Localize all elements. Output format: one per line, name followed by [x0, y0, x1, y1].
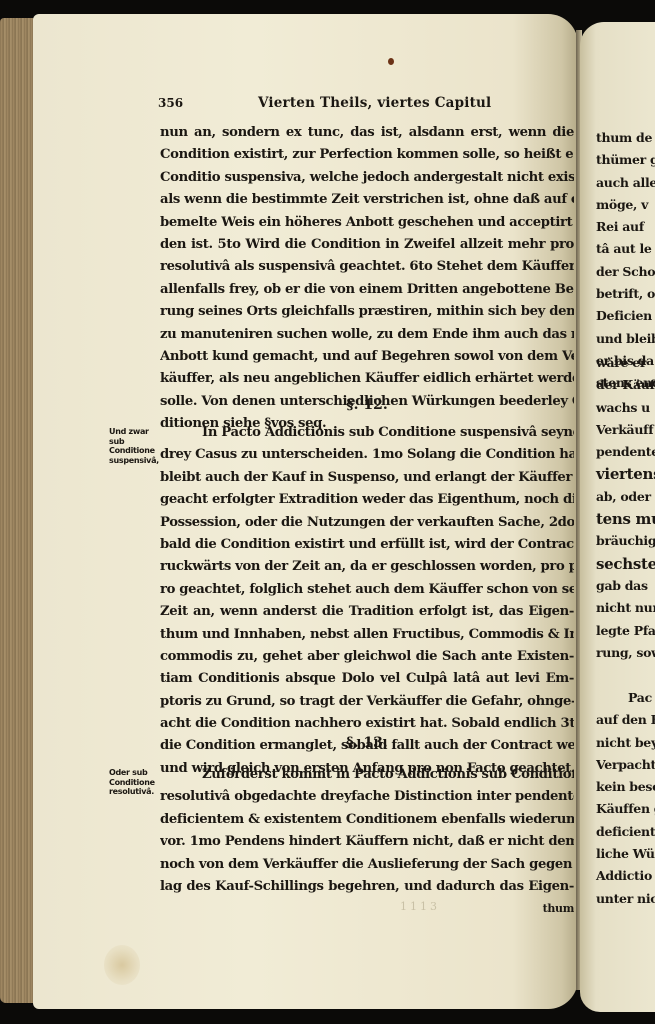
text-line: thum de: [596, 127, 655, 149]
text-line: bemelte Weis ein höheres Anbott geschehe…: [160, 212, 574, 234]
text-line: ruckwärts von der Zeit an, da er geschlo…: [160, 556, 574, 578]
text-line: Verkäuff: [596, 419, 655, 441]
text-line: acht die Condition nachhero existirt hat…: [160, 713, 574, 735]
text-line: deficient: [596, 821, 655, 843]
text-line: lag des Kauf-Schillings begehren, und da…: [160, 876, 574, 898]
text-line: commodis zu, gehet aber gleichwol die Sa…: [160, 646, 574, 668]
text-line: bleibt auch der Kauf in Suspenso, und er…: [160, 467, 574, 489]
text-line: als wenn die bestimmte Zeit verstrichen …: [160, 189, 574, 211]
text-line: Addictio: [596, 865, 655, 887]
text-line: auch alle: [596, 172, 655, 194]
text-line: der Käuf: [596, 374, 655, 396]
paragraph-section-12: In Pacto Addictionis sub Conditione susp…: [160, 422, 574, 780]
text-line: pendente: [596, 441, 655, 463]
catchword: thum: [160, 898, 574, 920]
marginal-line: Und zwar sub: [109, 427, 165, 446]
text-line: Pac: [596, 687, 655, 709]
text-line: Zeit an, wenn anderst die Tradition erfo…: [160, 601, 574, 623]
text-line: tens mu: [596, 508, 655, 530]
page-edges: [0, 18, 36, 1003]
text-line: drey Casus zu unterscheiden. 1mo Solang …: [160, 444, 574, 466]
text-line: ro geachtet, folglich stehet auch dem Kä…: [160, 579, 574, 601]
paragraph-top: nun an, sondern ex tunc, das ist, alsdan…: [160, 122, 574, 435]
text-line: bald die Condition existirt und erfüllt …: [160, 534, 574, 556]
right-fragment-block-2: wäre er der Käuf wachs u Verkäuff penden…: [596, 352, 655, 664]
marginal-line: Oder sub: [109, 768, 165, 778]
text-line: nun an, sondern ex tunc, das ist, alsdan…: [160, 122, 574, 144]
text-line: den ist. 5to Wird die Condition in Zweif…: [160, 234, 574, 256]
text-line: zu manuteniren suchen wolle, zu dem Ende…: [160, 324, 574, 346]
marginal-line: resolutivâ.: [109, 787, 165, 797]
text-line: deficientem & existentem Conditionem ebe…: [160, 809, 574, 831]
text-line: resolutivâ als suspensivâ geachtet. 6to …: [160, 256, 574, 278]
section-heading-12: §. 12.: [160, 397, 574, 413]
text-line: ab, oder: [596, 486, 655, 508]
right-fragment-block-3: Pac auf den F nicht beyg Verpacht kein b…: [596, 687, 655, 910]
text-line: sechsten:: [596, 553, 655, 575]
text-line: nicht beyg: [596, 732, 655, 754]
marginal-line: Conditione: [109, 778, 165, 788]
text-line: tiam Conditionis absque Dolo vel Culpâ l…: [160, 668, 574, 690]
text-line: Zuförderst kommt in Pacto Addictionis su…: [160, 764, 574, 786]
text-line: Verpacht: [596, 754, 655, 776]
text-line: und bleib: [596, 328, 655, 350]
text-line: vor. 1mo Pendens hindert Käuffern nicht,…: [160, 831, 574, 853]
text-line: der Scho: [596, 261, 655, 283]
section-heading-13: §. 13.: [160, 735, 574, 751]
text-line: allenfalls frey, ob er die von einem Dri…: [160, 279, 574, 301]
paper-stain: [104, 945, 140, 985]
text-line: ptoris zu Grund, so tragt der Verkäuffer…: [160, 691, 574, 713]
text-line: Possession, oder die Nutzungen der verka…: [160, 512, 574, 534]
text-line: gab das: [596, 575, 655, 597]
text-line: Anbott kund gemacht, und auf Begehren so…: [160, 346, 574, 368]
text-line: käuffer, als neu angeblichen Käuffer eid…: [160, 368, 574, 390]
text-line: thümer g: [596, 149, 655, 171]
text-line: In Pacto Addictionis sub Conditione susp…: [160, 422, 574, 444]
marginal-note-12: Und zwar sub Conditione suspensivâ,: [109, 427, 165, 465]
marginal-line: Conditione: [109, 446, 165, 456]
text-line: Conditio suspensiva, welche jedoch ander…: [160, 167, 574, 189]
text-line: rung seines Orts gleichfalls præstiren, …: [160, 301, 574, 323]
running-head: 356 Vierten Theils, viertes Capitul: [158, 95, 558, 111]
right-page: thum de thümer g auch alle möge, v Rei a…: [580, 22, 655, 1012]
text-line: tâ aut le: [596, 238, 655, 260]
text-line: unter nic: [596, 888, 655, 910]
page-number: 356: [158, 96, 183, 110]
text-line: resolutivâ obgedachte dreyfache Distinct…: [160, 786, 574, 808]
text-line: noch von dem Verkäuffer die Auslieferung…: [160, 854, 574, 876]
text-line: thum und Innhaben, nebst allen Fructibus…: [160, 624, 574, 646]
text-line: bräuchige: [596, 530, 655, 552]
text-line: Condition existirt, zur Perfection komme…: [160, 144, 574, 166]
text-line: Deficien: [596, 305, 655, 327]
text-line: wäre er: [596, 352, 655, 374]
ink-spot: [388, 58, 394, 65]
text-line: viertens: [596, 463, 655, 485]
running-title: Vierten Theils, viertes Capitul: [258, 95, 491, 111]
text-line: legte Pfa: [596, 620, 655, 642]
text-line: Käuffen g: [596, 798, 655, 820]
text-line: rung, sow: [596, 642, 655, 664]
paragraph-section-13: Zuförderst kommt in Pacto Addictionis su…: [160, 764, 574, 921]
text-line: betrift, o: [596, 283, 655, 305]
text-line: möge, v: [596, 194, 655, 216]
text-line: kein beso: [596, 776, 655, 798]
text-line: geacht erfolgter Extradition weder das E…: [160, 489, 574, 511]
marginal-note-13: Oder sub Conditione resolutivâ.: [109, 768, 165, 797]
text-line: auf den F: [596, 709, 655, 731]
text-line: wachs u: [596, 397, 655, 419]
text-line: liche Wü: [596, 843, 655, 865]
marginal-line: suspensivâ,: [109, 456, 165, 466]
text-line: nicht nur: [596, 597, 655, 619]
text-line: Rei auf: [596, 216, 655, 238]
